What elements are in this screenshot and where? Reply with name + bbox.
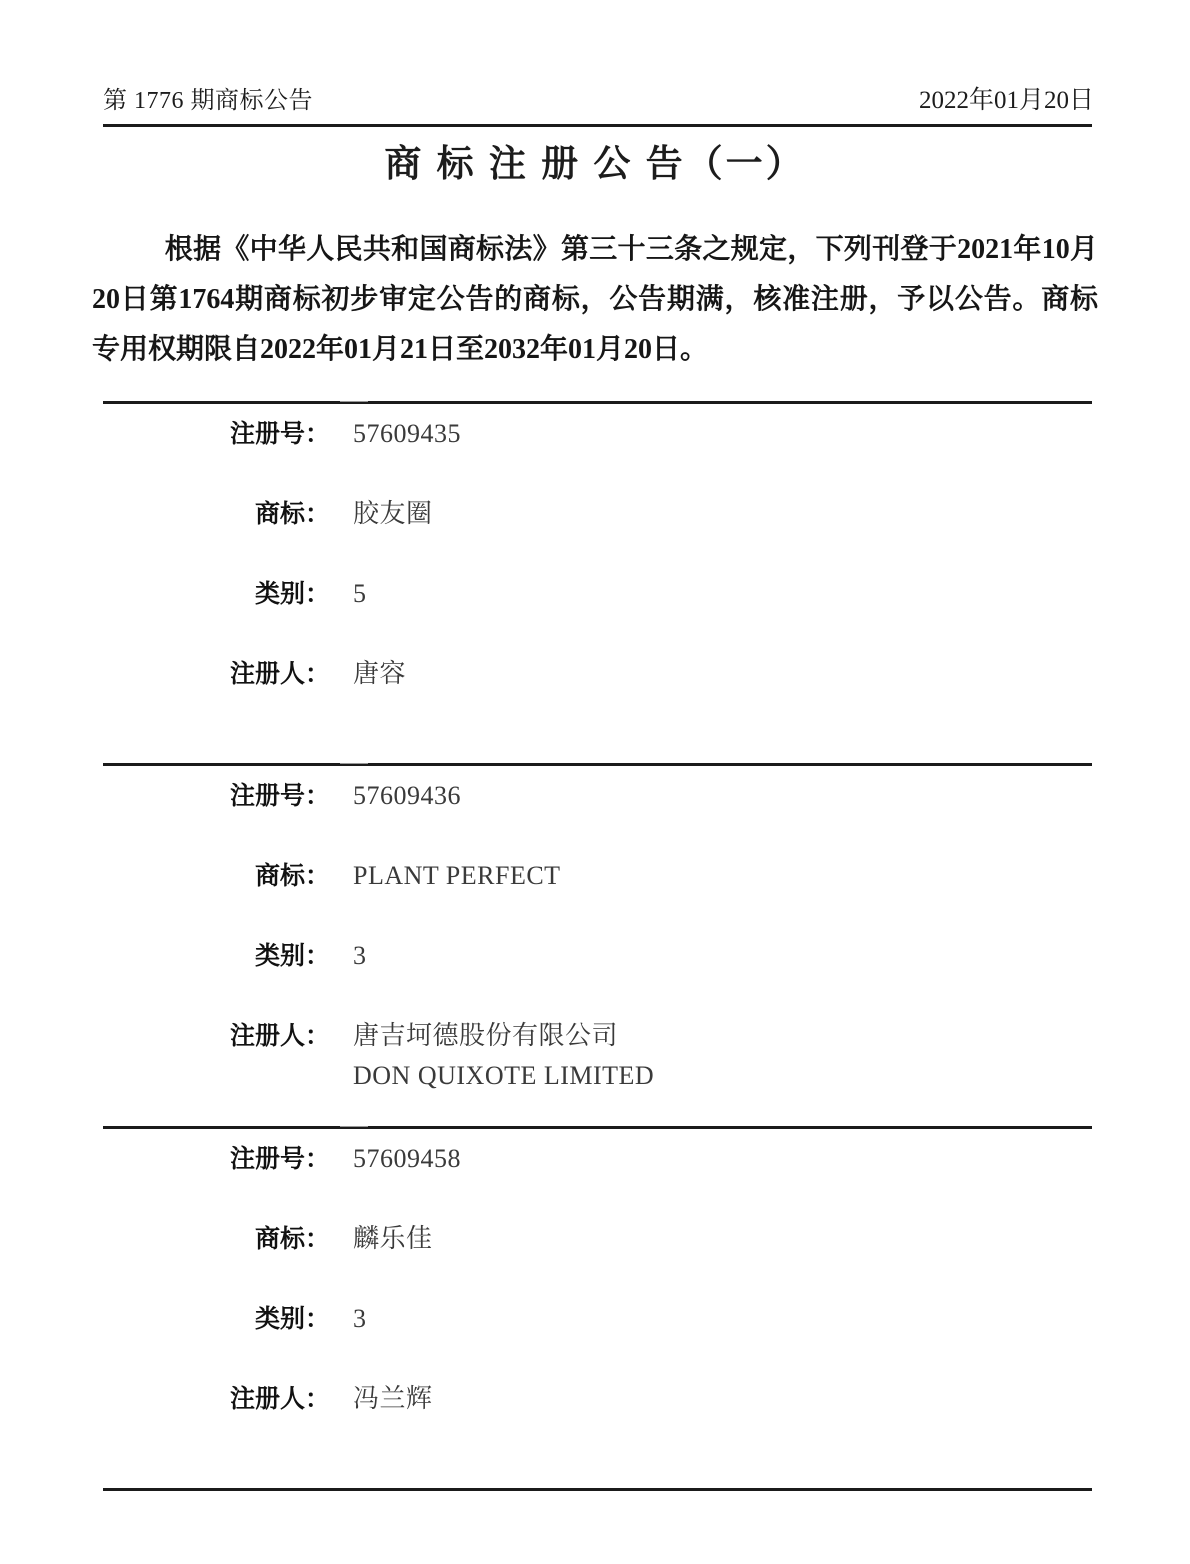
category-label: 类别： (92, 580, 330, 608)
records-list: 注册号： 57609435 商标： 胶友圈 类别： 5 注册人： 唐容 (92, 401, 1098, 1491)
trademark-record: 注册号： 57609436 商标： PLANT PERFECT 类别： 3 注册… (92, 766, 1098, 1126)
gazette-page: 第 1776 期商标公告 2022年01月20日 商 标 注 册 公 告（一） … (0, 0, 1190, 1564)
category-label: 类别： (92, 942, 330, 970)
issue-label: 第 1776 期商标公告 (103, 86, 313, 116)
registrant-row: 注册人： 唐吉坷德股份有限公司 DON QUIXOTE LIMITED (92, 1006, 1098, 1126)
category-value: 3 (330, 942, 367, 970)
section-divider (103, 763, 1092, 766)
reg-no-row: 注册号： 57609458 (92, 1129, 1098, 1209)
category-label: 类别： (92, 1305, 330, 1333)
reg-no-label: 注册号： (92, 420, 330, 448)
category-row: 类别： 3 (92, 1289, 1098, 1369)
trademark-value: 麟乐佳 (330, 1225, 433, 1253)
trademark-record: 注册号： 57609458 商标： 麟乐佳 类别： 3 注册人： 冯兰辉 (92, 1129, 1098, 1488)
reg-no-label: 注册号： (92, 782, 330, 810)
header-rule (103, 124, 1092, 127)
reg-no-value: 57609436 (330, 782, 461, 810)
registrant-row: 注册人： 冯兰辉 (92, 1369, 1098, 1461)
category-row: 类别： 3 (92, 926, 1098, 1006)
registrant-row: 注册人： 唐容 (92, 644, 1098, 736)
registrant-value: 唐容 (330, 660, 406, 700)
trademark-label: 商标： (92, 862, 330, 890)
category-row: 类别： 5 (92, 564, 1098, 644)
trademark-record: 注册号： 57609435 商标： 胶友圈 类别： 5 注册人： 唐容 (92, 404, 1098, 763)
bottom-rule (103, 1488, 1092, 1491)
registrant-label: 注册人： (92, 1385, 330, 1413)
section-divider (103, 1126, 1092, 1129)
trademark-value: PLANT PERFECT (330, 862, 561, 890)
trademark-row: 商标： PLANT PERFECT (92, 846, 1098, 926)
reg-no-value: 57609458 (330, 1145, 461, 1173)
registrant-line: DON QUIXOTE LIMITED (353, 1062, 654, 1090)
trademark-value: 胶友圈 (330, 500, 433, 528)
page-header: 第 1776 期商标公告 2022年01月20日 (92, 86, 1098, 116)
category-value: 3 (330, 1305, 367, 1333)
reg-no-row: 注册号： 57609436 (92, 766, 1098, 846)
intro-paragraph: 根据《中华人民共和国商标法》第三十三条之规定，下列刊登于2021年10月20日第… (92, 225, 1098, 375)
category-value: 5 (330, 580, 367, 608)
date-label: 2022年01月20日 (919, 86, 1094, 116)
section-divider (103, 401, 1092, 404)
reg-no-row: 注册号： 57609435 (92, 404, 1098, 484)
reg-no-label: 注册号： (92, 1145, 330, 1173)
registrant-value: 唐吉坷德股份有限公司 DON QUIXOTE LIMITED (330, 1022, 654, 1090)
registrant-line: 唐吉坷德股份有限公司 (353, 1022, 654, 1050)
registrant-value: 冯兰辉 (330, 1385, 433, 1425)
registrant-line: 唐容 (353, 660, 406, 688)
trademark-label: 商标： (92, 500, 330, 528)
trademark-row: 商标： 麟乐佳 (92, 1209, 1098, 1289)
registrant-label: 注册人： (92, 1022, 330, 1050)
reg-no-value: 57609435 (330, 420, 461, 448)
registrant-label: 注册人： (92, 660, 330, 688)
registrant-line: 冯兰辉 (353, 1385, 433, 1413)
trademark-row: 商标： 胶友圈 (92, 484, 1098, 564)
trademark-label: 商标： (92, 1225, 330, 1253)
page-title: 商 标 注 册 公 告（一） (92, 141, 1098, 189)
